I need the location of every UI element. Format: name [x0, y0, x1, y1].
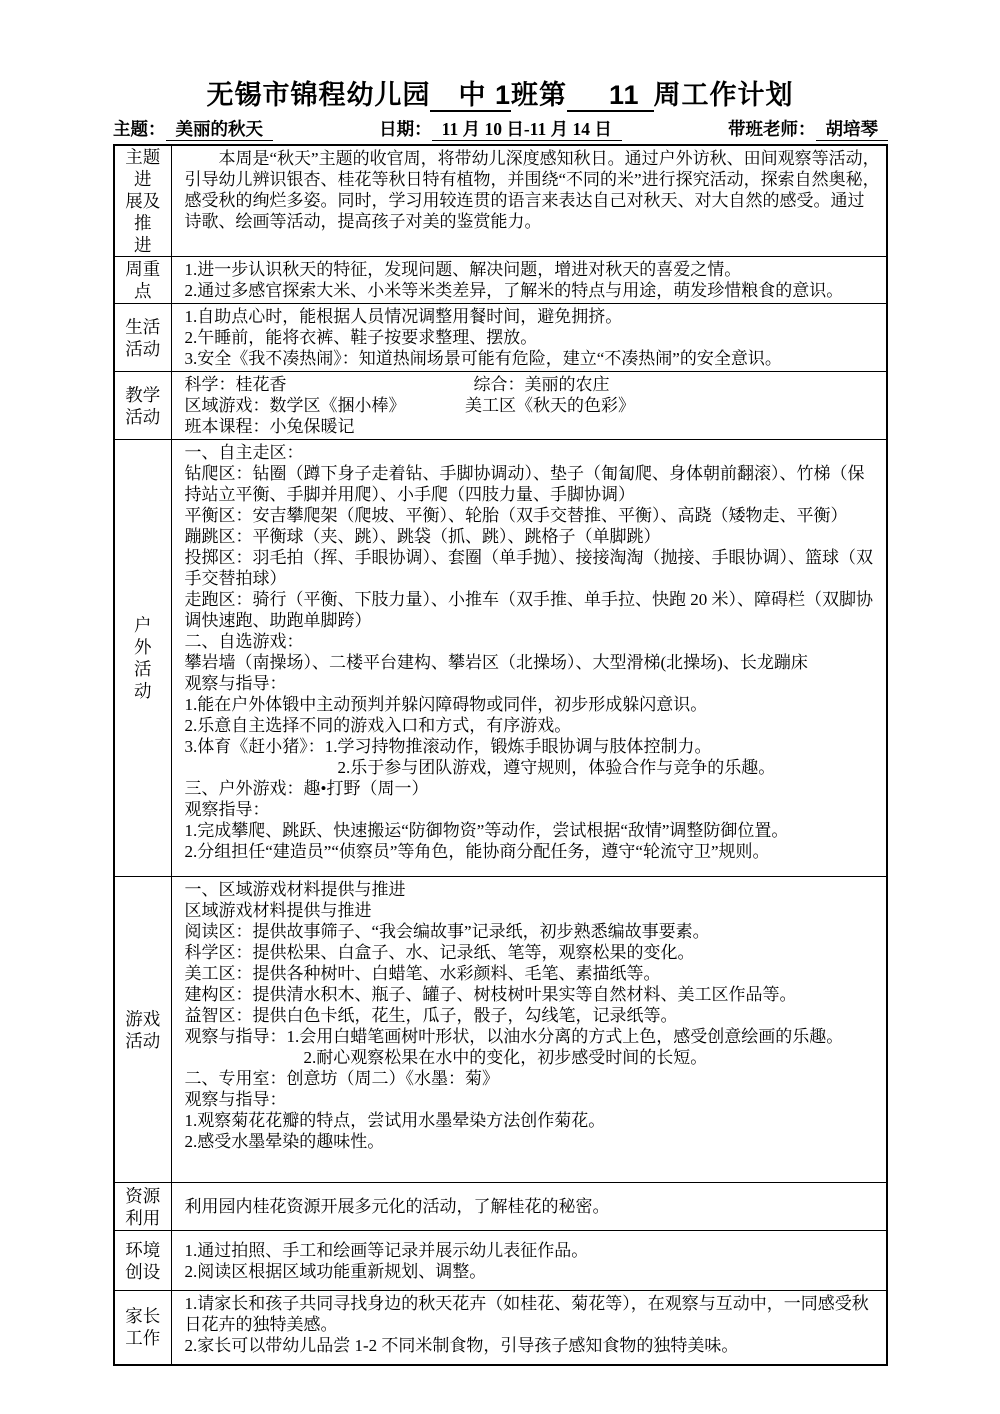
table-row: 主题进 展及推 进 本周是“秋天”主题的收官周，将带幼儿深度感知秋日。通过户外访…	[114, 145, 887, 257]
row-label-outdoor-activities: 户 外 活 动	[114, 440, 171, 877]
teacher-label: 带班老师：	[728, 119, 816, 139]
meta-row: 主题：美丽的秋天 日期：11 月 10 日-11 月 14 日 带班老师：胡培琴	[113, 118, 888, 141]
row-label-theme-progress: 主题进 展及推 进	[114, 145, 171, 257]
teacher-value: 胡培琴	[816, 118, 889, 141]
row-content-game-activities: 一、区域游戏材料提供与推进 区域游戏材料提供与推进 阅读区：提供故事筛子、“我会…	[171, 877, 887, 1183]
work-plan-table: 主题进 展及推 进 本周是“秋天”主题的收官周，将带幼儿深度感知秋日。通过户外访…	[113, 144, 888, 1366]
row-content-environment-setup: 1.通过拍照、手工和绘画等记录并展示幼儿表征作品。 2.阅读区根据区域功能重新规…	[171, 1231, 887, 1291]
row-content-teaching-activities: 科学：桂花香 综合：美丽的农庄 区域游戏：数学区《捆小棒》 美工区《秋天的色彩》…	[171, 372, 887, 440]
title-part: 周工作计划	[654, 80, 794, 110]
date-label: 日期：	[379, 119, 432, 139]
table-row: 家长 工作 1.请家长和孩子共同寻找身边的秋天花卉（如桂花、菊花等），在观察与互…	[114, 1291, 887, 1365]
row-label-teaching-activities: 教学 活动	[114, 372, 171, 440]
row-content-week-focus: 1.进一步认识秋天的特征，发现问题、解决问题，增进对秋天的喜爱之情。 2.通过多…	[171, 257, 887, 304]
date-value: 11 月 10 日-11 月 14 日	[432, 118, 622, 141]
page-title: 无锡市锦程幼儿园 中 1班第 11 周工作计划	[0, 80, 1000, 112]
table-row: 周重点 1.进一步认识秋天的特征，发现问题、解决问题，增进对秋天的喜爱之情。 2…	[114, 257, 887, 304]
table-row: 环境 创设 1.通过拍照、手工和绘画等记录并展示幼儿表征作品。 2.阅读区根据区…	[114, 1231, 887, 1291]
table-row: 资源 利用 利用园内桂花资源开展多元化的活动，了解桂花的秘密。	[114, 1183, 887, 1231]
row-label-parent-work: 家长 工作	[114, 1291, 171, 1365]
row-content-life-activities: 1.自助点心时，能根据人员情况调整用餐时间，避免拥挤。 2.午睡前，能将衣裤、鞋…	[171, 304, 887, 372]
row-content-resource-use: 利用园内桂花资源开展多元化的活动，了解桂花的秘密。	[171, 1183, 887, 1231]
meta-teacher: 带班老师：胡培琴	[728, 118, 888, 141]
title-part: 无锡市锦程幼儿园	[206, 80, 430, 110]
title-blank-class: 中 1	[430, 80, 511, 112]
meta-theme: 主题：美丽的秋天	[113, 118, 273, 141]
row-content-outdoor-activities: 一、自主走区： 钻爬区：钻圈（蹲下身子走着钻、手脚协调动）、垫子（匍匐爬、身体朝…	[171, 440, 887, 877]
row-content-theme-progress: 本周是“秋天”主题的收官周，将带幼儿深度感知秋日。通过户外访秋、田间观察等活动，…	[171, 145, 887, 257]
title-part: 班第	[511, 80, 567, 110]
theme-value: 美丽的秋天	[166, 118, 274, 141]
row-label-game-activities: 游戏 活动	[114, 877, 171, 1183]
row-label-environment-setup: 环境 创设	[114, 1231, 171, 1291]
row-label-life-activities: 生活 活动	[114, 304, 171, 372]
table-row: 户 外 活 动 一、自主走区： 钻爬区：钻圈（蹲下身子走着钻、手脚协调动）、垫子…	[114, 440, 887, 877]
table-row: 生活 活动 1.自助点心时，能根据人员情况调整用餐时间，避免拥挤。 2.午睡前，…	[114, 304, 887, 372]
row-label-week-focus: 周重点	[114, 257, 171, 304]
row-label-resource-use: 资源 利用	[114, 1183, 171, 1231]
table-row: 教学 活动 科学：桂花香 综合：美丽的农庄 区域游戏：数学区《捆小棒》 美工区《…	[114, 372, 887, 440]
theme-label: 主题：	[113, 119, 166, 139]
table-row: 游戏 活动 一、区域游戏材料提供与推进 区域游戏材料提供与推进 阅读区：提供故事…	[114, 877, 887, 1183]
row-content-parent-work: 1.请家长和孩子共同寻找身边的秋天花卉（如桂花、菊花等），在观察与互动中，一同感…	[171, 1291, 887, 1365]
meta-date: 日期：11 月 10 日-11 月 14 日	[379, 118, 622, 141]
title-blank-week: 11	[567, 80, 654, 112]
